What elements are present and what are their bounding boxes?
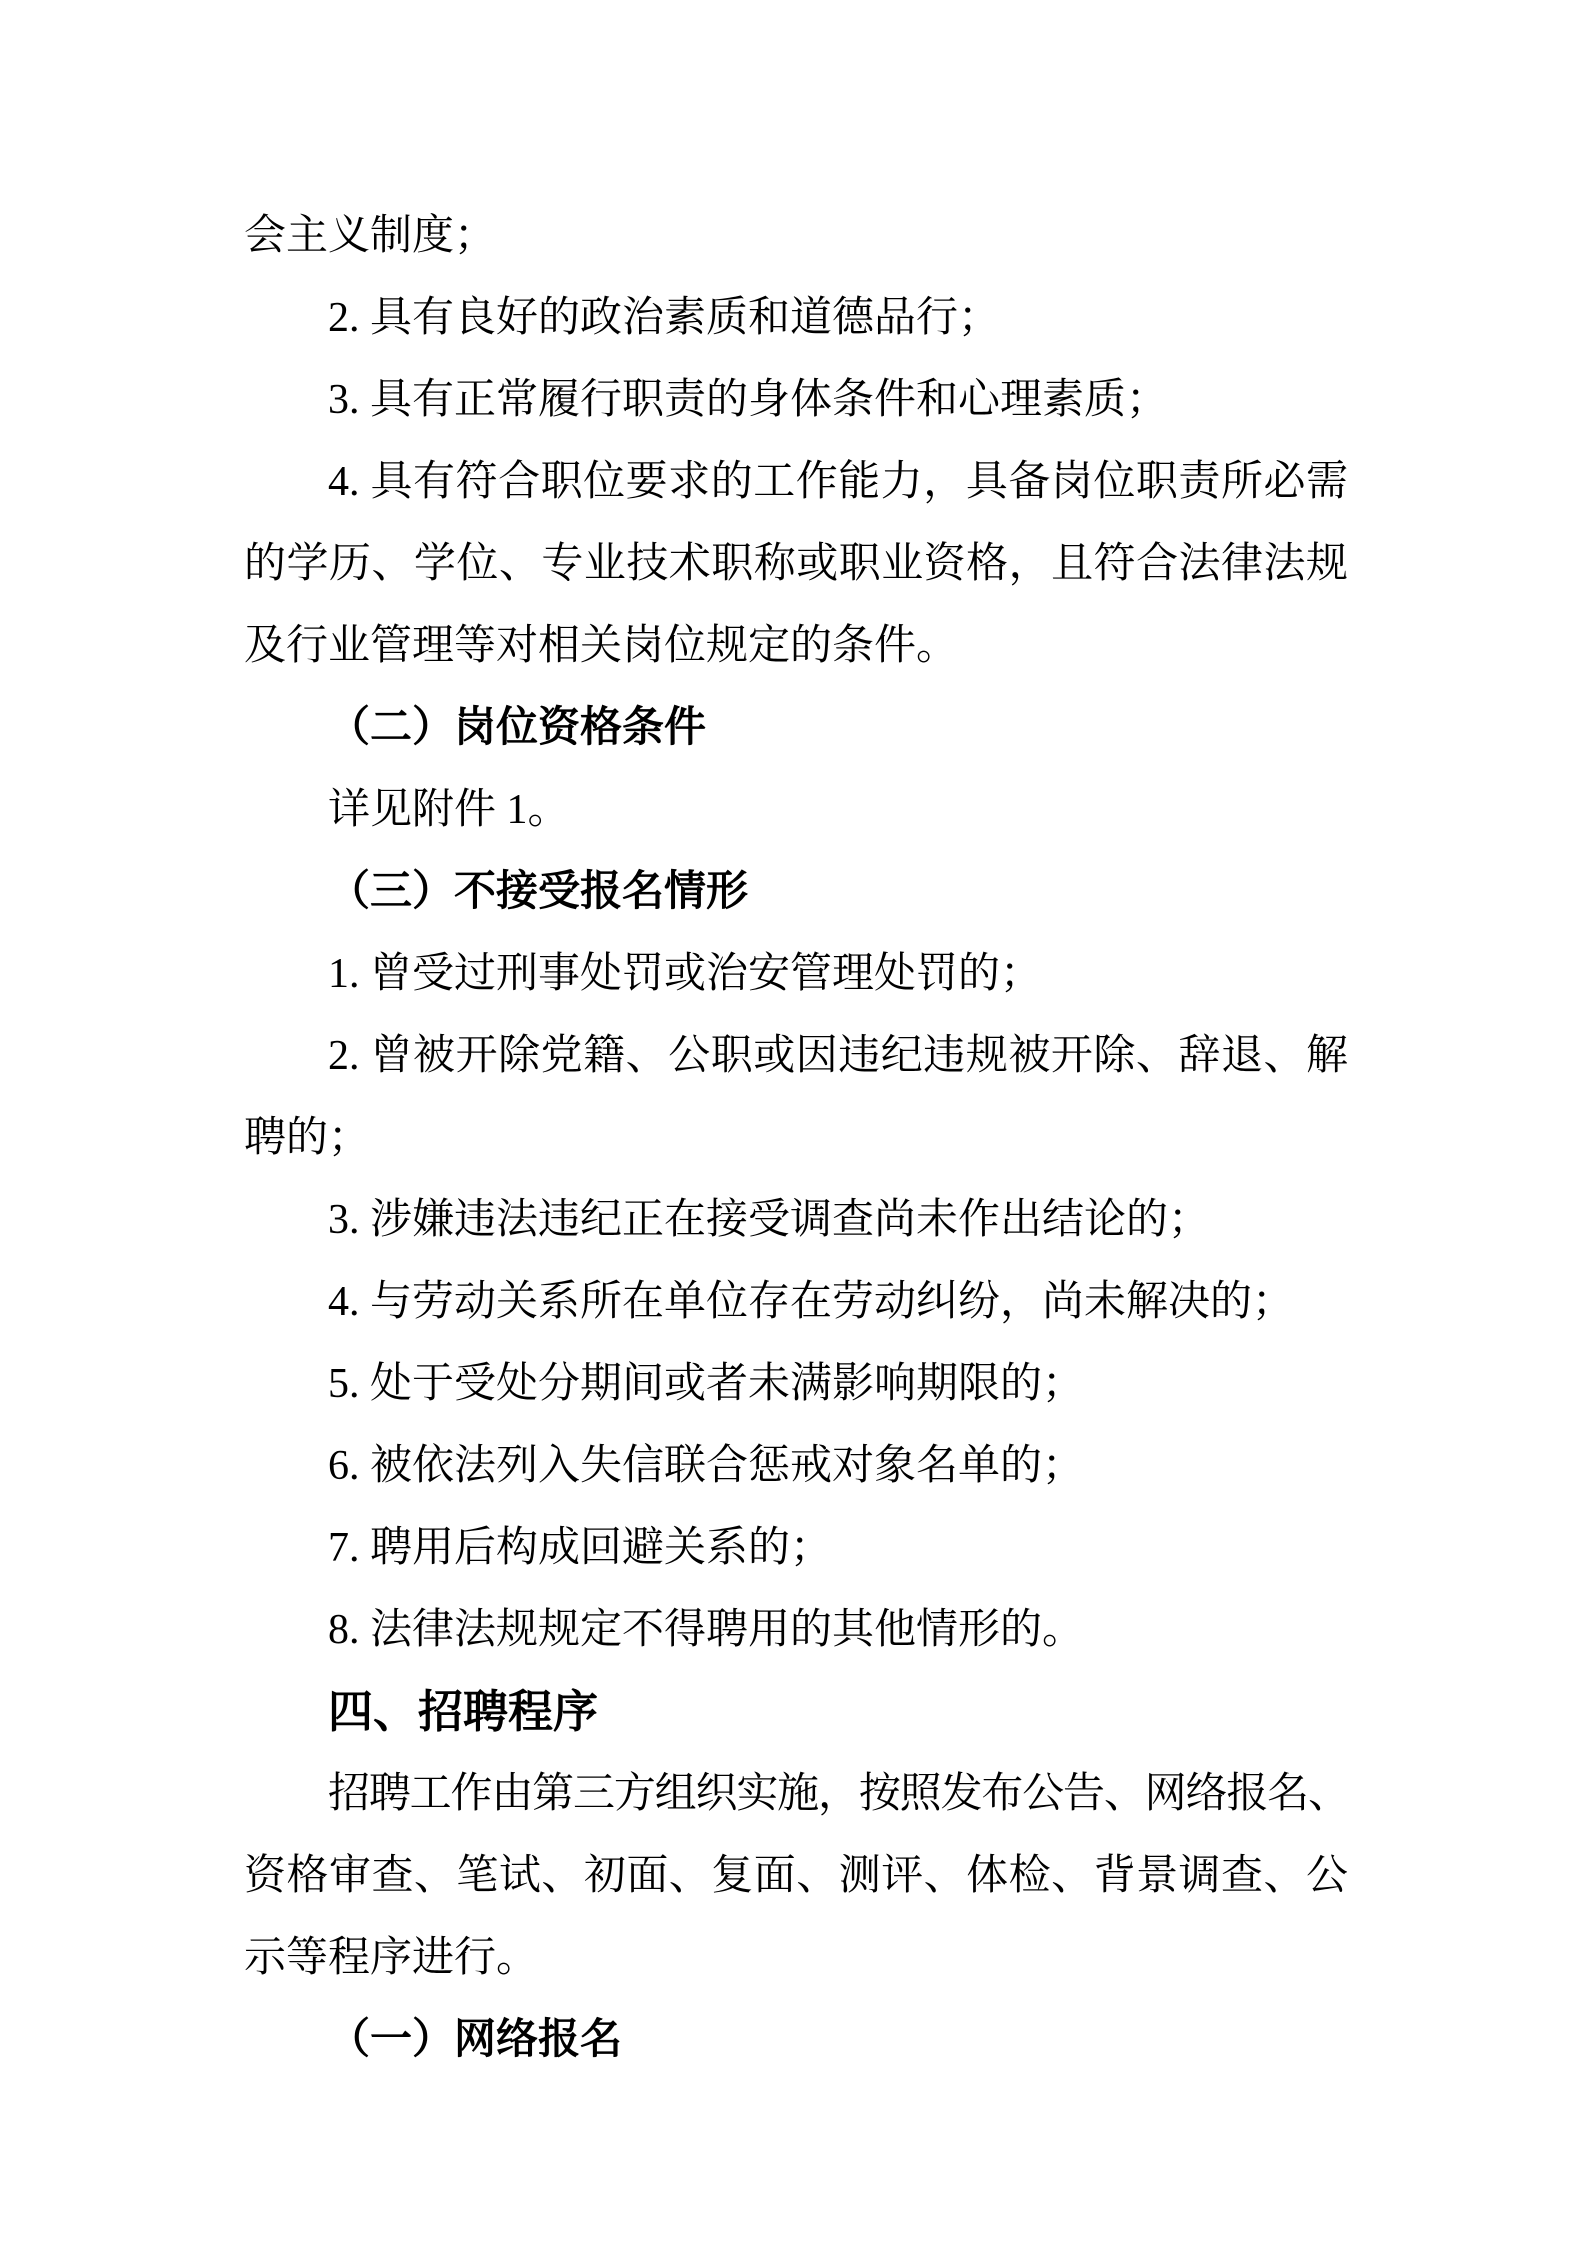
heading-line: 四、招聘程序 (244, 1671, 1348, 1753)
document-line: 的学历、学位、专业技术职称或职业资格，且符合法律法规 (244, 523, 1348, 605)
document-line: 详见附件 1。 (244, 769, 1348, 851)
document-text-block: 会主义制度；2. 具有良好的政治素质和道德品行；3. 具有正常履行职责的身体条件… (244, 195, 1348, 2081)
document-line: 5. 处于受处分期间或者未满影响期限的； (244, 1343, 1348, 1425)
document-line: 2. 具有良好的政治素质和道德品行； (244, 277, 1348, 359)
document-line: 7. 聘用后构成回避关系的； (244, 1507, 1348, 1589)
document-line: 招聘工作由第三方组织实施，按照发布公告、网络报名、 (244, 1753, 1348, 1835)
document-line: 会主义制度； (244, 195, 1348, 277)
document-line: 及行业管理等对相关岗位规定的条件。 (244, 605, 1348, 687)
document-line: 2. 曾被开除党籍、公职或因违纪违规被开除、辞退、解 (244, 1015, 1348, 1097)
document-line: 3. 涉嫌违法违纪正在接受调查尚未作出结论的； (244, 1179, 1348, 1261)
heading-line: （二）岗位资格条件 (244, 687, 1348, 769)
document-line: 4. 具有符合职位要求的工作能力，具备岗位职责所必需 (244, 441, 1348, 523)
document-line: 1. 曾受过刑事处罚或治安管理处罚的； (244, 933, 1348, 1015)
document-line: 3. 具有正常履行职责的身体条件和心理素质； (244, 359, 1348, 441)
document-line: 6. 被依法列入失信联合惩戒对象名单的； (244, 1425, 1348, 1507)
document-page: 会主义制度；2. 具有良好的政治素质和道德品行；3. 具有正常履行职责的身体条件… (0, 0, 1587, 2245)
heading-line: （一）网络报名 (244, 1999, 1348, 2081)
heading-line: （三）不接受报名情形 (244, 851, 1348, 933)
document-line: 资格审查、笔试、初面、复面、测评、体检、背景调查、公 (244, 1835, 1348, 1917)
document-line: 聘的； (244, 1097, 1348, 1179)
document-line: 示等程序进行。 (244, 1917, 1348, 1999)
document-line: 4. 与劳动关系所在单位存在劳动纠纷，尚未解决的； (244, 1261, 1348, 1343)
document-line: 8. 法律法规规定不得聘用的其他情形的。 (244, 1589, 1348, 1671)
